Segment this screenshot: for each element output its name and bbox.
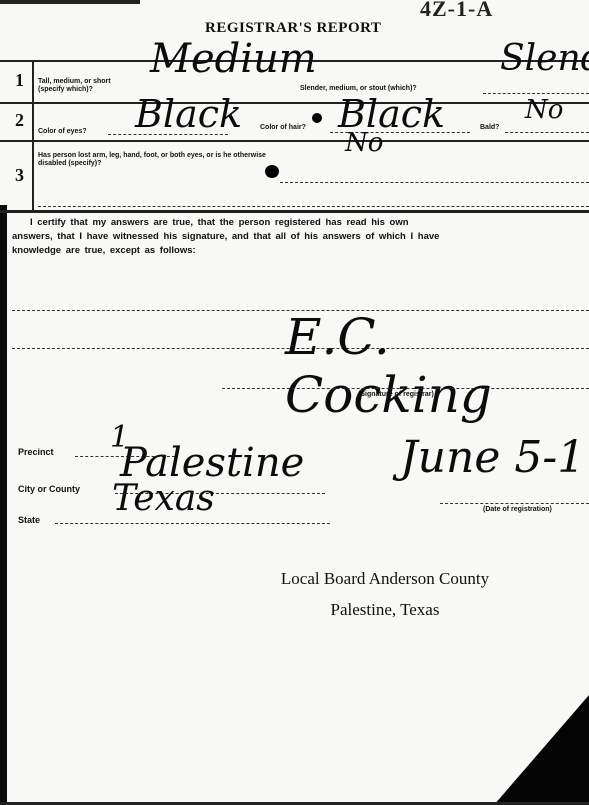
height-label: Tall, medium, or short (specify which)?	[38, 78, 138, 94]
city-label: City or County	[18, 484, 80, 494]
eye-color-label: Color of eyes?	[38, 128, 87, 136]
date-caption: (Date of registration)	[483, 506, 552, 513]
registrar-signature: E.C. Cocking	[285, 308, 589, 424]
registration-date-value: June 5-1	[400, 432, 585, 483]
row-number-1: 1	[15, 70, 24, 91]
bald-label: Bald?	[480, 124, 499, 132]
hair-color-label: Color of hair?	[260, 124, 306, 132]
draft-card-page: 4Z-1-A REGISTRAR'S REPORT 1 Tall, medium…	[0, 0, 589, 805]
disability-field-line-2	[38, 206, 589, 207]
row-number-2: 2	[15, 110, 24, 131]
eye-color-value: Black	[135, 92, 242, 136]
build-value: Slender	[500, 38, 589, 79]
certification-line-2: answers, that I have witnessed his signa…	[12, 230, 589, 244]
local-board-line-2: Palestine, Texas	[180, 600, 589, 620]
signature-line	[222, 388, 589, 389]
state-label: State	[18, 515, 40, 525]
table-bottom-border	[0, 210, 589, 213]
row-number-3: 3	[15, 165, 24, 186]
build-field-line	[483, 93, 589, 94]
number-column-divider	[32, 62, 34, 212]
top-edge-shadow	[0, 0, 140, 4]
disability-value: No	[345, 128, 383, 158]
disability-field-line	[280, 182, 589, 183]
local-board-line-1: Local Board Anderson County	[180, 569, 589, 589]
row2-border	[0, 140, 589, 142]
row1-border	[0, 102, 589, 104]
bald-value: No	[525, 95, 563, 125]
certification-line-3: knowledge are true, except as follows:	[12, 244, 589, 258]
report-title: REGISTRAR'S REPORT	[205, 20, 381, 37]
certification-text: I certify that my answers are true, that…	[12, 216, 589, 258]
precinct-label: Precinct	[18, 447, 54, 457]
disability-label: Has person lost arm, leg, hand, foot, or…	[38, 152, 268, 168]
certification-line-1: I certify that my answers are true, that…	[12, 216, 589, 230]
date-field-line	[440, 503, 589, 504]
state-value: Texas	[112, 478, 215, 519]
state-field-line	[55, 523, 330, 524]
height-value: Medium	[150, 36, 317, 82]
ink-blot	[312, 113, 322, 123]
stamp-number: 4Z-1-A	[420, 0, 493, 22]
left-edge-shadow	[0, 205, 7, 805]
bald-field-line	[505, 132, 589, 133]
ink-blot-2	[265, 165, 279, 178]
signature-caption: (Signature of registrar)	[358, 391, 434, 398]
corner-shadow	[494, 695, 589, 805]
